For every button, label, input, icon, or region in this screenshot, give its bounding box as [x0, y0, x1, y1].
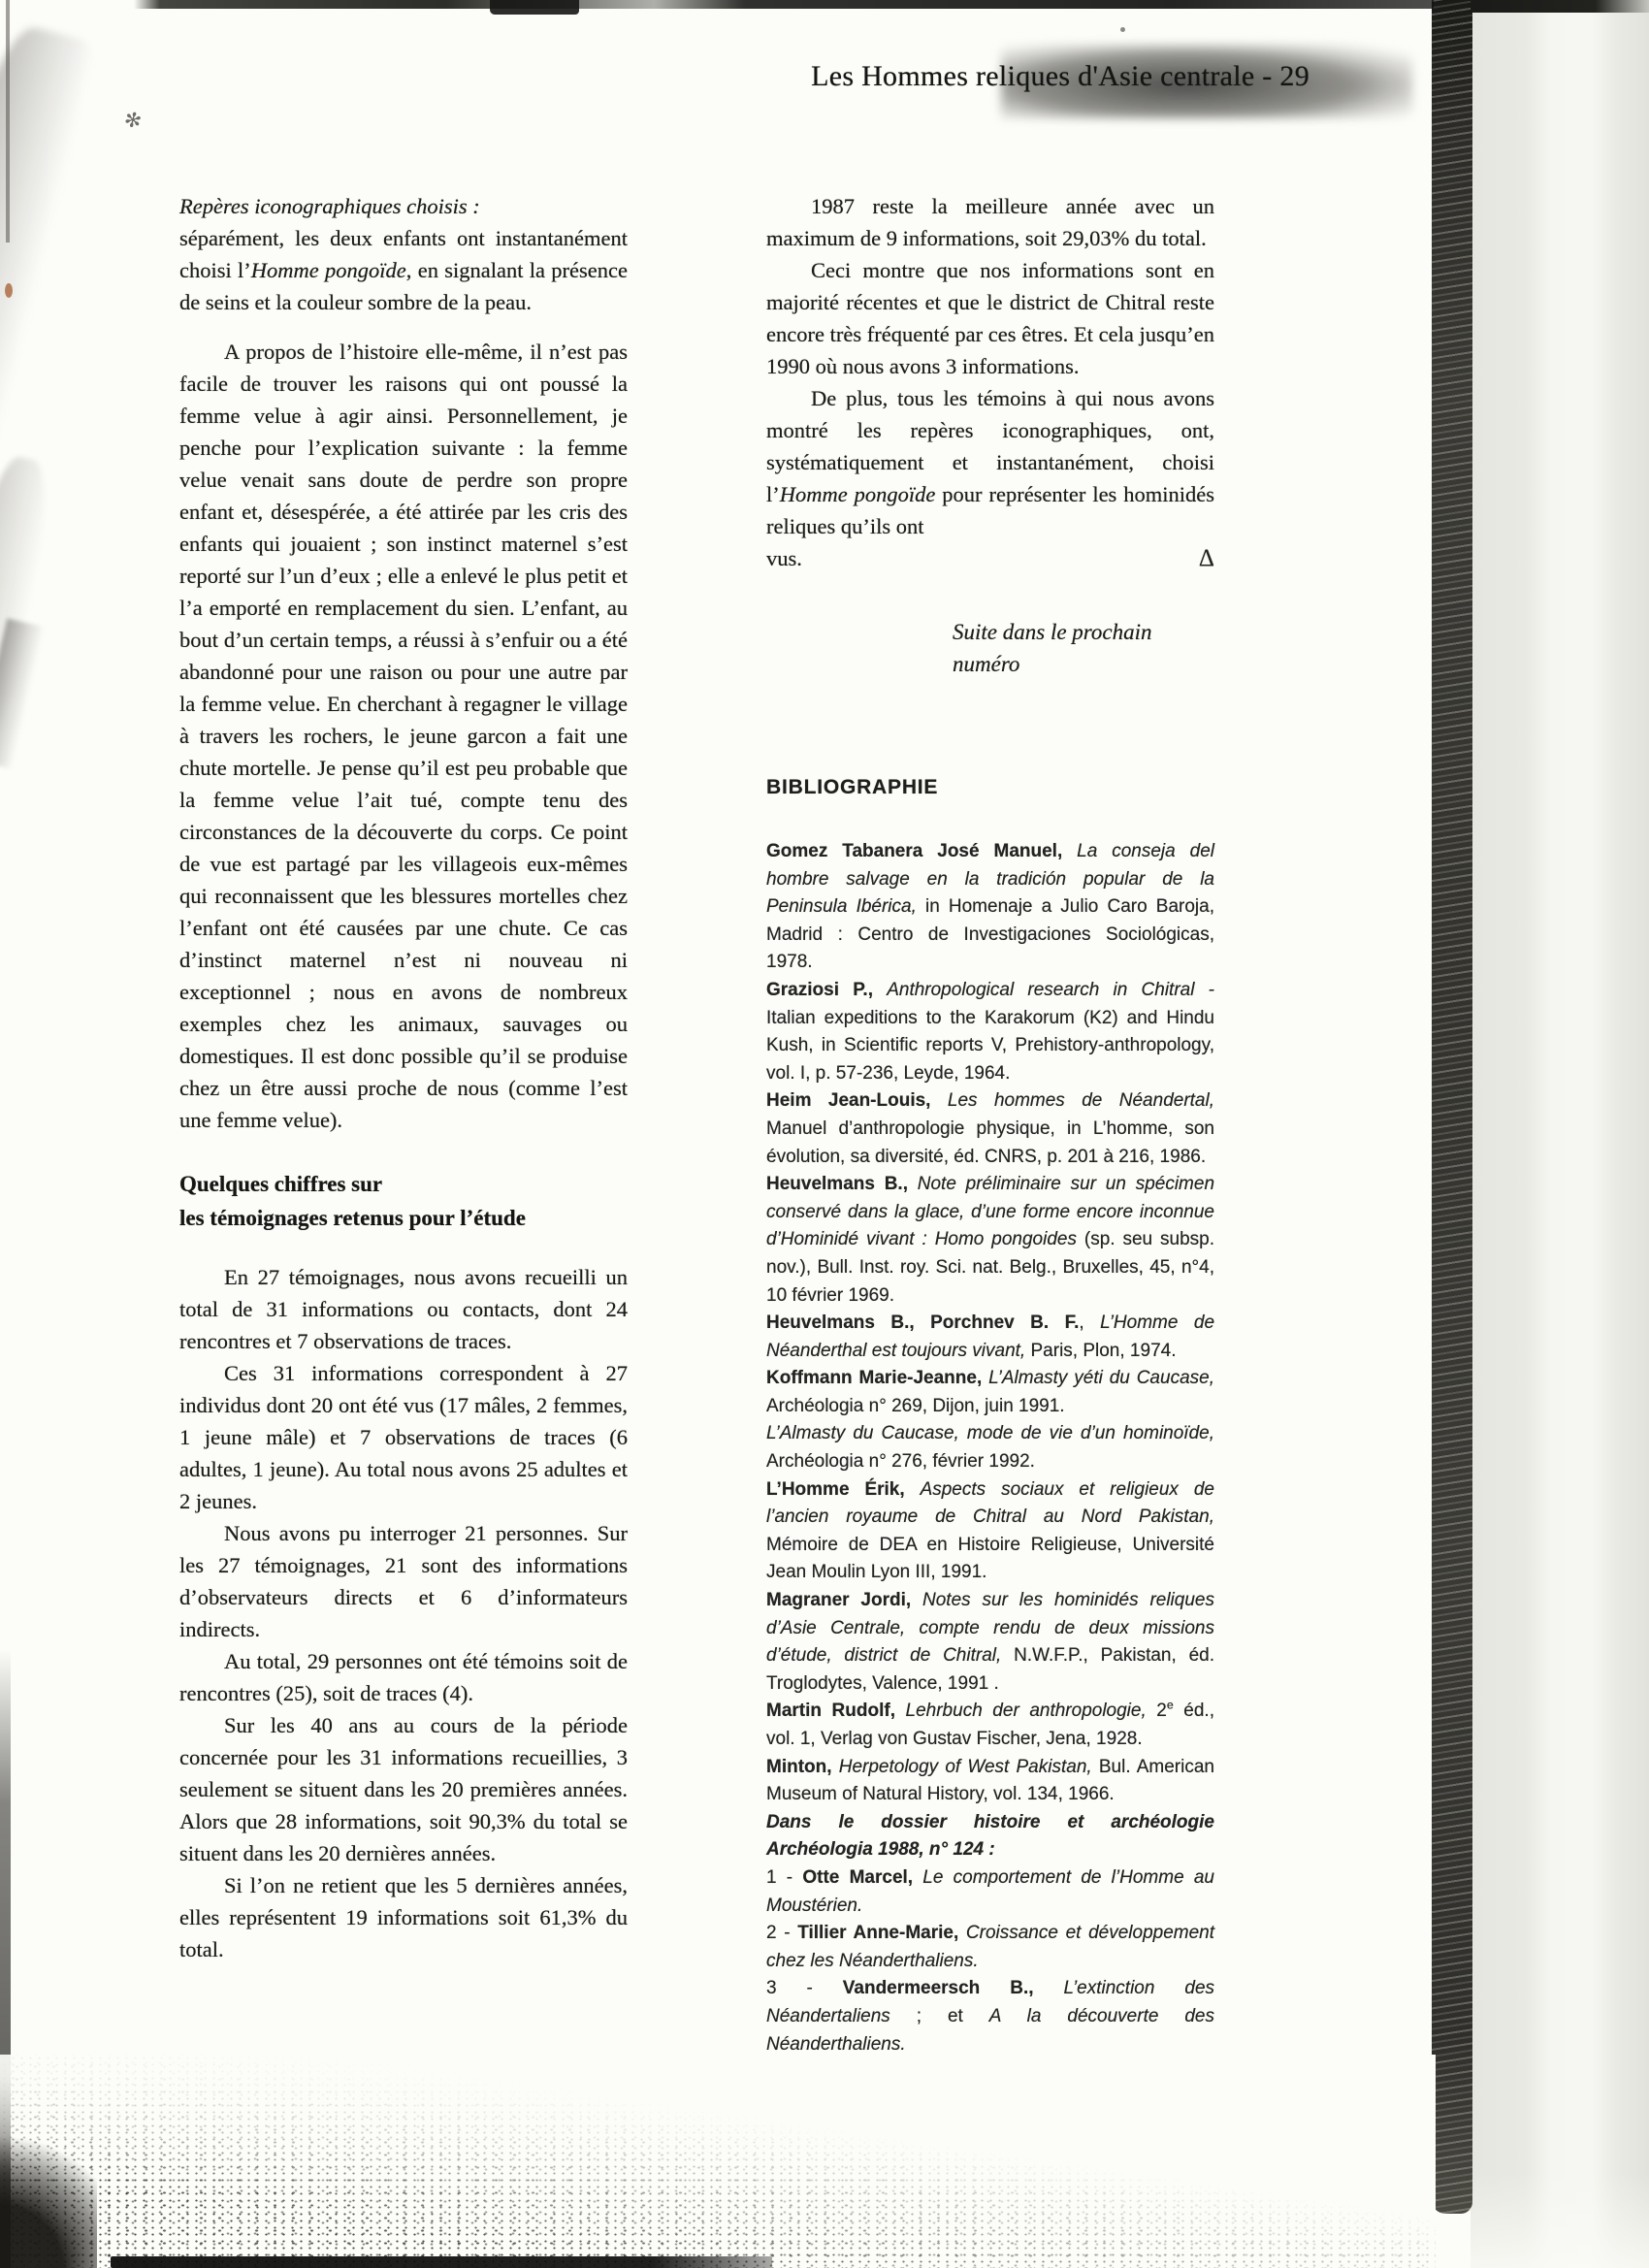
italic-run: Lehrbuch der anthropologie,: [906, 1701, 1147, 1721]
text-run: A propos de l’histoire elle-même, il n’e…: [179, 340, 628, 1132]
scan-edge-top-right: [1471, 0, 1649, 13]
bold-run: Heuvelmans B.,: [766, 1174, 918, 1194]
paragraph: En 27 témoignages, nous avons recueilli …: [179, 1261, 628, 1357]
bold-run: Heuvelmans B., Porchnev B. F.: [766, 1312, 1079, 1333]
biblio-entry: 2 - Tillier Anne-Marie, Croissance et dé…: [766, 1920, 1214, 1975]
text-run: Si l’on ne retient que les 5 dernières a…: [179, 1873, 628, 1961]
text-run: Archéologia n° 276, février 1992.: [766, 1451, 1035, 1472]
scanner-background-strip: [1471, 0, 1649, 2268]
biblio-entry: Heuvelmans B., Note préliminaire sur un …: [766, 1171, 1214, 1310]
paragraph: séparément, les deux enfants ont instant…: [179, 222, 628, 318]
ink-speck-mark: ✻: [121, 107, 144, 135]
photocopy-noise-bottom: [0, 2055, 1436, 2268]
scan-corner-shadow: [0, 2134, 97, 2268]
biblio-entry: L’Homme Érik, Aspects sociaux et religie…: [766, 1476, 1214, 1587]
text-run: Archéologia n° 269, Dijon, juin 1991.: [766, 1396, 1065, 1416]
bold-run: Graziosi P.,: [766, 980, 887, 1000]
bold-run: Minton,: [766, 1757, 839, 1777]
book-spine-shadow-band: [1432, 0, 1472, 2214]
scan-edge-top-blob: [490, 0, 579, 15]
bold-run: Otte Marcel,: [802, 1867, 922, 1888]
page-fold-streak: [0, 618, 45, 768]
text-run: 1 -: [766, 1867, 802, 1888]
text-run: Mémoire de DEA en Histoire Religieuse, U…: [766, 1535, 1214, 1583]
biblio-entry: 3 - Vandermeersch B., L’extinction des N…: [766, 1975, 1214, 2058]
biblio-entry: Heim Jean-Louis, Les hommes de Néanderta…: [766, 1087, 1214, 1171]
page-fold-streak: [0, 19, 113, 461]
biblio-entry: Gomez Tabanera José Manuel, La conseja d…: [766, 838, 1214, 977]
scanned-page: ✻ Les Hommes reliques d'Asie centrale - …: [0, 0, 1649, 2268]
text-run: 1987 reste la meilleure année avec un ma…: [766, 194, 1214, 250]
paragraph: Au total, 29 personnes ont été témoins s…: [179, 1645, 628, 1709]
bold-run: Vandermeersch B.,: [843, 1978, 1064, 1998]
italic-run: L’Almasty yéti du Caucase,: [988, 1368, 1214, 1388]
text-run: ; et: [890, 2006, 989, 2026]
end-of-article-triangle-mark: Δ: [1199, 542, 1214, 574]
text-run: Sur les 40 ans au cours de la période co…: [179, 1713, 628, 1865]
biblio-entry: Martin Rudolf, Lehrbuch der anthropologi…: [766, 1698, 1214, 1753]
bold-run: Magraner Jordi,: [766, 1590, 922, 1610]
right-column: 1987 reste la meilleure année avec un ma…: [766, 190, 1214, 2058]
text-run: Paris, Plon, 1974.: [1025, 1341, 1176, 1361]
biblio-entry: L’Almasty du Caucase, mode de vie d’un h…: [766, 1420, 1214, 1475]
continuation-note: Suite dans le prochain numéro: [766, 616, 1214, 680]
paragraph: Ceci montre que nos informations sont en…: [766, 254, 1214, 382]
bold-run: Heim Jean-Louis,: [766, 1090, 948, 1111]
bold-run: Gomez Tabanera José Manuel,: [766, 841, 1077, 861]
scan-edge-top: [134, 0, 1434, 9]
section-heading: Quelques chiffres surles témoignages ret…: [179, 1167, 628, 1235]
text-run: ,: [1079, 1312, 1100, 1333]
biblio-entry: Minton, Herpetology of West Pakistan, Bu…: [766, 1754, 1214, 1809]
bold-run: Tillier Anne-Marie,: [797, 1923, 966, 1943]
italic-run: Anthropological research in Chitral -: [887, 980, 1214, 1000]
biblio-entry: Graziosi P., Anthropological research in…: [766, 977, 1214, 1087]
text-run: Manuel d’anthropologie physique, in L’ho…: [766, 1118, 1214, 1167]
text-run: BIBLIOGRAPHIE: [766, 776, 938, 798]
text-run: Nous avons pu interroger 21 personnes. S…: [179, 1521, 628, 1641]
left-column: Repères iconographiques choisis :séparém…: [179, 190, 628, 1965]
biblio-entry: Heuvelmans B., Porchnev B. F., L’Homme d…: [766, 1310, 1214, 1365]
biblio-entry: Dans le dossier histoire et archéologie …: [766, 1809, 1214, 1864]
paragraph-last-line: vus.Δ: [766, 542, 1214, 574]
text-run: Au total, 29 personnes ont été témoins s…: [179, 1649, 628, 1705]
paper-stain-dot: [5, 283, 13, 298]
italic-run: Herpetology of West Pakistan,: [839, 1757, 1092, 1777]
paragraph: A propos de l’histoire elle-même, il n’e…: [179, 336, 628, 1136]
page-header-title: Les Hommes reliques d'Asie centrale - 29: [805, 60, 1309, 93]
text-run: e: [1167, 1699, 1174, 1712]
text-run: Ceci montre que nos informations sont en…: [766, 258, 1214, 378]
scan-edge-bottom-bar: [111, 2256, 772, 2268]
text-run: 2: [1147, 1701, 1167, 1721]
scan-edge-left-line: [6, 0, 10, 243]
lead-italic-line: Repères iconographiques choisis :: [179, 190, 628, 222]
text-run: vus.: [766, 542, 802, 574]
paragraph: Sur les 40 ans au cours de la période co…: [179, 1709, 628, 1869]
paragraph: Nous avons pu interroger 21 personnes. S…: [179, 1517, 628, 1645]
paragraph: De plus, tous les témoins à qui nous avo…: [766, 382, 1214, 542]
paragraph: 1987 reste la meilleure année avec un ma…: [766, 190, 1214, 254]
text-run: Ces 31 informations correspondent à 27 i…: [179, 1361, 628, 1513]
bold-run: Dans le dossier histoire et archéologie …: [766, 1812, 1214, 1861]
text-run: En 27 témoignages, nous avons recueilli …: [179, 1265, 628, 1353]
text-run: Italian expeditions to the Karakorum (K2…: [766, 1008, 1214, 1084]
biblio-entry: Magraner Jordi, Notes sur les hominidés …: [766, 1587, 1214, 1698]
italic-run: Homme pongoïde: [251, 258, 406, 282]
biblio-entry: Koffmann Marie-Jeanne, L’Almasty yéti du…: [766, 1365, 1214, 1420]
section-heading-line: les témoignages retenus pour l’étude: [179, 1201, 628, 1235]
text-run: 3 -: [766, 1978, 843, 1998]
italic-run: Homme pongoïde: [780, 482, 936, 506]
italic-run: Suite dans le prochain numéro: [953, 620, 1151, 676]
italic-run: L’Almasty du Caucase, mode de vie d’un h…: [766, 1423, 1214, 1443]
biblio-entry: 1 - Otte Marcel, Le comportement de l’Ho…: [766, 1864, 1214, 1920]
bold-run: Koffmann Marie-Jeanne,: [766, 1368, 988, 1388]
scanner-background-fade: [1471, 2173, 1649, 2268]
ink-speck-dot: [1120, 27, 1125, 32]
bold-run: Martin Rudolf,: [766, 1701, 906, 1721]
italic-run: Repères iconographiques choisis :: [179, 194, 480, 218]
paragraph: Si l’on ne retient que les 5 dernières a…: [179, 1869, 628, 1965]
bold-run: L’Homme Érik,: [766, 1479, 921, 1500]
paragraph: Ces 31 informations correspondent à 27 i…: [179, 1357, 628, 1517]
section-heading-line: Quelques chiffres sur: [179, 1167, 628, 1201]
bibliography-heading: BIBLIOGRAPHIE: [766, 771, 1214, 803]
italic-run: Les hommes de Néandertal,: [948, 1090, 1214, 1111]
text-run: 2 -: [766, 1923, 797, 1943]
